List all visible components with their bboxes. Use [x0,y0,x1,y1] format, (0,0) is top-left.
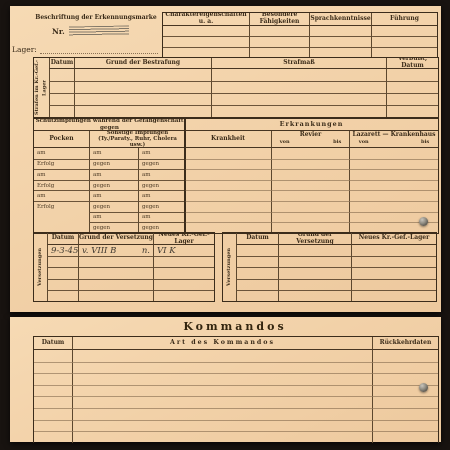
col-header-illness: Krankheit [185,131,271,148]
table-cell [49,69,74,81]
camp-row: Lager: [12,45,158,54]
table-cell [349,148,438,159]
table-cell [271,148,349,159]
table-cell [236,267,278,278]
table-cell [74,69,211,81]
table-cell [386,81,438,93]
table-cell [72,431,372,443]
table-cell [372,431,438,443]
col-header-languages: Sprachkenntnisse [309,13,371,26]
table-cell [271,180,349,191]
table-cell [49,93,74,105]
table-cell [372,362,438,374]
vacc-cell [34,212,89,223]
vacc-cell: am [138,148,185,159]
table-cell [351,256,436,267]
vacc-cell: am [138,212,185,223]
table-cell [236,245,278,256]
illnesses-title: Erkrankungen [185,119,438,131]
crossed-out-number [69,25,129,36]
table-cell [163,36,249,46]
table-cell [309,26,371,36]
table-cell [372,373,438,385]
table-cell [185,180,271,191]
col-header-date: Datum [34,337,72,350]
table-cell [34,396,72,408]
vacc-cell: am [34,148,89,159]
col-header-reason: Grund der Bestrafung [74,58,211,69]
table-cell [163,47,249,57]
vacc-cell: am [138,169,185,180]
table-cell [371,36,437,46]
vacc-cell: gegen [89,180,138,191]
table-cell [72,420,372,432]
col-header-sentence: Strafmaß [211,58,386,69]
vacc-cell: gegen [89,159,138,170]
table-cell [349,201,438,212]
table-cell [153,267,214,278]
table-cell [185,190,271,201]
table-cell [271,159,349,170]
table-cell [153,279,214,290]
table-cell [34,420,72,432]
vacc-cell: gegen [138,159,185,170]
col-header-sickbay: Revier vonbis [271,131,349,148]
illnesses-table: Erkrankungen Krankheit Revier vonbis Laz… [184,118,439,234]
table-cell [309,47,371,57]
vacc-cell: am [138,190,185,201]
table-cell [372,408,438,420]
col-header-smallpox: Pocken [34,131,89,148]
table-cell [278,245,351,256]
col-header-new-camp: Neues Kr.-Gef.-Lager [351,233,436,245]
table-cell [163,26,249,36]
table-cell [271,169,349,180]
table-cell [34,350,72,362]
table-cell [49,81,74,93]
punch-hole [419,217,428,226]
table-cell [372,420,438,432]
table-cell [34,362,72,374]
table-cell [249,26,309,36]
handwritten-from-camp: v. VIII B [82,246,116,256]
col-header-return-date: Rückkehrdaten [372,337,438,350]
table-cell [153,290,214,301]
handwritten-to-prefix: n. [142,246,150,256]
table-cell [278,267,351,278]
vacc-cell: Erfolg [34,180,89,191]
col-header-served: Verbüßt, Datum [386,58,438,69]
table-cell [34,408,72,420]
table-cell [278,256,351,267]
table-cell [78,256,153,267]
table-cell [211,81,386,93]
col-header-date: Datum [47,233,78,245]
table-cell [34,431,72,443]
camp-fill-line [40,45,158,54]
table-cell [72,385,372,397]
vacc-cell: gegen [89,201,138,212]
table-cell [271,212,349,223]
table-cell [372,385,438,397]
col-header-date: Datum [49,58,74,69]
record-card-lower: Kommandos Datum Art des Kommandos Rückke… [10,317,441,442]
handwritten-date: 9-3-45 [51,246,78,256]
kommandos-table: Datum Art des Kommandos Rückkehrdaten [33,336,439,443]
vacc-cell: am [34,169,89,180]
table-cell [372,396,438,408]
table-cell [74,93,211,105]
transfers-table-right: Versetzungen Datum Grund der Versetzung … [222,232,437,302]
transfers-table-left: Versetzungen Datum Grund der Versetzung … [33,232,215,302]
table-cell [72,350,372,362]
table-cell [49,105,74,117]
table-cell [249,47,309,57]
vacc-cell: gegen [138,201,185,212]
scanned-document: Beschriftung der Erkennungsmarke Nr. Lag… [0,0,450,450]
transfers-side-label: Versetzungen [34,233,47,301]
table-cell [72,373,372,385]
table-cell [185,212,271,223]
table-cell [271,201,349,212]
table-cell [47,290,78,301]
table-cell [72,362,372,374]
col-header-abilities: Besondere Fähigkeiten [249,13,309,26]
table-cell [211,93,386,105]
table-cell [236,279,278,290]
table-cell [34,385,72,397]
col-header-kommando-type: Art des Kommandos [72,337,372,350]
table-cell [74,81,211,93]
table-cell [72,396,372,408]
vaccinations-title: Schutzimpfungen während der Gefangenscha… [34,119,185,131]
vacc-cell: am [89,169,138,180]
table-cell [72,408,372,420]
transfer-entry-reason: v. VIII Bn. [78,245,153,256]
table-cell [271,190,349,201]
vacc-cell: am [34,190,89,201]
table-cell [185,159,271,170]
traits-table: Charaktereigenschaften u. a. Besondere F… [162,12,438,58]
table-cell [351,290,436,301]
table-cell [351,267,436,278]
handwritten-to-camp: VI K [157,246,176,256]
identity-number-row: Nr. [52,26,129,36]
table-cell [349,169,438,180]
col-header-other-vaccinations: Sonstige Impfungen (Ty./Paraty., Ruhr, C… [89,131,185,148]
table-cell [185,169,271,180]
table-cell [278,290,351,301]
col-header-conduct: Führung [371,13,437,26]
table-cell [74,105,211,117]
col-header-hospital: Lazarett — Krankenhaus vonbis [349,131,438,148]
table-cell [386,93,438,105]
vacc-cell: am [89,190,138,201]
table-cell [371,26,437,36]
table-cell [386,69,438,81]
table-cell [349,159,438,170]
table-cell [211,69,386,81]
table-cell [47,256,78,267]
identity-tag-title: Beschriftung der Erkennungsmarke [30,14,162,21]
vacc-cell: am [89,212,138,223]
col-header-new-camp: Neues Kr.-Gef.-Lager [153,233,214,245]
kommandos-title: Kommandos [33,320,437,333]
col-header-date: Datum [236,233,278,245]
table-cell [351,279,436,290]
vacc-cell: Erfolg [34,159,89,170]
table-cell [185,201,271,212]
table-cell [236,256,278,267]
punishments-side-label: Strafen im Kr.-Gef.-Lager [34,58,49,117]
table-cell [349,180,438,191]
table-cell [351,245,436,256]
camp-label: Lager: [12,45,37,54]
vacc-cell: am [89,148,138,159]
col-header-traits: Charaktereigenschaften u. a. [163,13,249,26]
vaccinations-table: Schutzimpfungen während der Gefangenscha… [33,118,186,234]
transfer-entry-new-camp: VI K [153,245,214,256]
table-cell [372,350,438,362]
table-cell [185,148,271,159]
table-cell [386,105,438,117]
col-header-reason: Grund der Versetzung [78,233,153,245]
nr-label: Nr. [52,27,65,36]
table-cell [309,36,371,46]
table-cell [47,279,78,290]
table-cell [211,105,386,117]
table-cell [153,256,214,267]
table-cell [47,267,78,278]
record-card-upper: Beschriftung der Erkennungsmarke Nr. Lag… [10,6,441,312]
table-cell [249,36,309,46]
table-cell [34,373,72,385]
punch-hole [419,383,428,392]
transfer-entry-date: 9-3-45 [47,245,78,256]
table-cell [236,290,278,301]
vacc-cell: gegen [138,180,185,191]
table-cell [78,267,153,278]
punishments-table: Strafen im Kr.-Gef.-Lager Datum Grund de… [33,57,439,118]
table-cell [371,47,437,57]
table-cell [78,279,153,290]
col-header-reason: Grund der Versetzung [278,233,351,245]
table-cell [78,290,153,301]
table-cell [278,279,351,290]
table-cell [349,190,438,201]
vacc-cell: Erfolg [34,201,89,212]
transfers-side-label: Versetzungen [223,233,236,301]
